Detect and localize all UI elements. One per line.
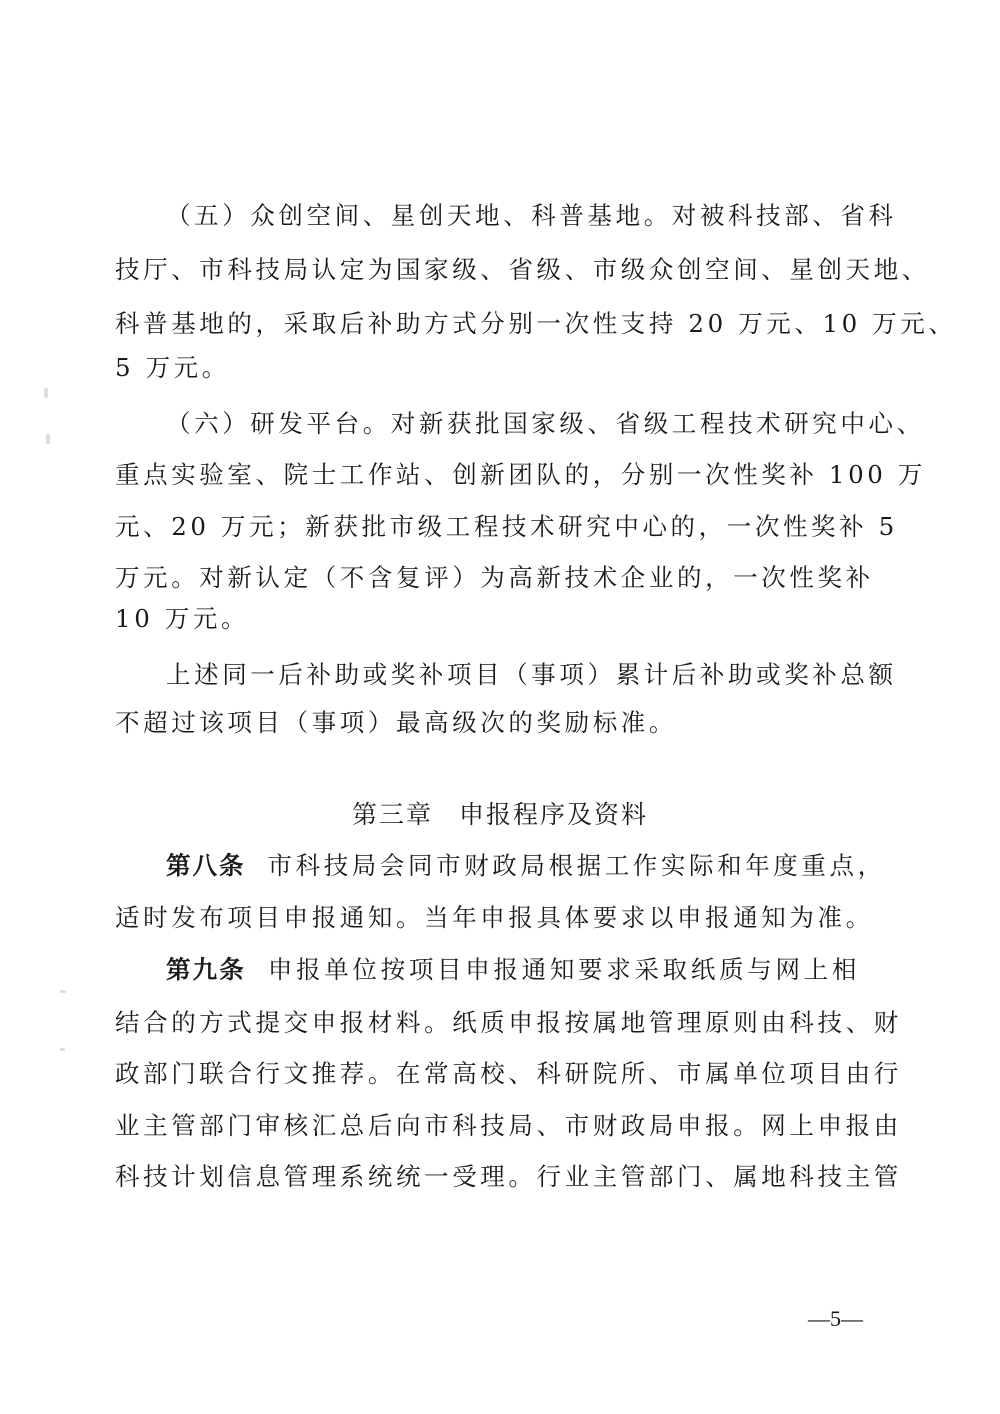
paragraph-item-6-line-1: （六）研发平台。对新获批国家级、省级工程技术研究中心、 <box>166 409 860 439</box>
article-8-line-1: 第八条市科技局会同市财政局根据工作实际和年度重点， <box>166 851 860 881</box>
paragraph-item-6-line-5: 10 万元。 <box>115 604 860 634</box>
paragraph-item-6-line-3: 元、20 万元；新获批市级工程技术研究中心的，一次性奖补 5 <box>115 512 860 542</box>
chapter-title: 申报程序及资料 <box>459 800 648 829</box>
article-8-label: 第八条 <box>166 851 246 880</box>
chapter-number: 第三章 <box>352 800 433 829</box>
paragraph-item-6-line-2: 重点实验室、院士工作站、创新团队的，分别一次性奖补 100 万 <box>115 460 860 490</box>
article-9-text: 申报单位按项目申报通知要求采取纸质与网上相 <box>268 955 860 984</box>
paragraph-item-6-line-4: 万元。对新认定（不含复评）为高新技术企业的，一次性奖补 <box>115 563 860 593</box>
article-9-line-3: 政部门联合行文推荐。在常高校、科研院所、市属单位项目由行 <box>115 1059 860 1089</box>
paragraph-item-5-line-2: 技厅、市科技局认定为国家级、省级、市级众创空间、星创天地、 <box>115 255 860 285</box>
article-8-line-2: 适时发布项目申报通知。当年申报具体要求以申报通知为准。 <box>115 903 860 933</box>
paragraph-item-5-line-3: 科普基地的，采取后补助方式分别一次性支持 20 万元、10 万元、 <box>115 309 860 339</box>
article-8-text: 市科技局会同市财政局根据工作实际和年度重点， <box>268 851 886 880</box>
article-9-line-4: 业主管部门审核汇总后向市科技局、市财政局申报。网上申报由 <box>115 1111 860 1141</box>
paragraph-cap-note-line-1: 上述同一后补助或奖补项目（事项）累计后补助或奖补总额 <box>166 660 860 690</box>
article-9-line-1: 第九条申报单位按项目申报通知要求采取纸质与网上相 <box>166 955 860 985</box>
scan-mark-4 <box>60 1048 65 1051</box>
scan-mark-1 <box>44 388 48 398</box>
article-9-line-5: 科技计划信息管理系统统一受理。行业主管部门、属地科技主管 <box>115 1162 860 1192</box>
document-page: （五）众创空间、星创天地、科普基地。对被科技部、省科 技厅、市科技局认定为国家级… <box>0 0 1000 1414</box>
scan-mark-3 <box>60 990 66 993</box>
paragraph-item-5-line-1: （五）众创空间、星创天地、科普基地。对被科技部、省科 <box>166 201 860 231</box>
article-9-label: 第九条 <box>166 955 246 984</box>
article-9-line-2: 结合的方式提交申报材料。纸质申报按属地管理原则由科技、财 <box>115 1008 860 1038</box>
page-number: —5— <box>808 1306 863 1332</box>
scan-mark-2 <box>46 434 50 444</box>
chapter-heading: 第三章申报程序及资料 <box>0 800 1000 830</box>
paragraph-item-5-line-4: 5 万元。 <box>115 353 860 383</box>
paragraph-cap-note-line-2: 不超过该项目（事项）最高级次的奖励标准。 <box>115 708 860 738</box>
